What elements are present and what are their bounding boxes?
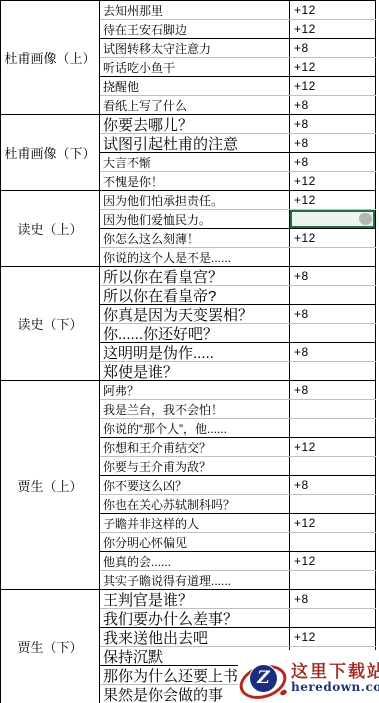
dialogue-option-cell[interactable]: 他真的会...... <box>100 552 290 570</box>
table-row: 看纸上写了什么+8 <box>100 96 376 114</box>
row-group: 去知州那里+12待在王安石脚边+12 <box>100 1 376 39</box>
dialogue-option-cell[interactable]: 这明明是伪作..... <box>100 343 290 361</box>
table-row: 因为他们爱恤民力。 <box>100 210 376 228</box>
row-group: 王判官是谁？+8我们要办什么差事？ <box>100 590 376 628</box>
value-cell[interactable]: +8 <box>290 343 376 361</box>
table-section-3: 读史（上）因为他们怕承担责任。+12因为他们爱恤民力。你怎么这么刻薄！+12你说… <box>1 191 376 267</box>
table-row: 去知州那里+12 <box>100 1 376 20</box>
row-group: 所以你在看皇宫？+8所以你在看皇帝? <box>100 267 376 305</box>
table-row: 你要去哪儿？+8 <box>100 115 376 134</box>
dialogue-option-cell[interactable]: 你想和王介甫结交？ <box>100 438 290 456</box>
value-cell[interactable]: +8 <box>290 267 376 285</box>
dialogue-option-cell[interactable]: 你怎么这么刻薄！ <box>100 229 290 247</box>
value-cell[interactable]: +8 <box>290 476 376 494</box>
table-row: 待在王安石脚边+12 <box>100 20 376 38</box>
table-row: 阿弗？+8 <box>100 381 376 400</box>
dialogue-option-cell[interactable]: 你说的这个人是不是...... <box>100 248 290 266</box>
dialogue-option-cell[interactable]: 子瞻并非这样的人 <box>100 514 290 532</box>
dialogue-option-cell[interactable]: 所以你在看皇帝? <box>100 286 290 304</box>
category-cell[interactable]: 贾生（上） <box>1 381 100 589</box>
table-row: 你说的“那个人”，他...... <box>100 419 376 437</box>
table-row: 你不要这么凶？+8 <box>100 476 376 495</box>
table-row: 试图转移太守注意力+8 <box>100 39 376 58</box>
dialogue-option-cell[interactable]: 去知州那里 <box>100 1 290 19</box>
dialogue-option-cell[interactable]: 听话吃小鱼干 <box>100 58 290 76</box>
value-cell[interactable]: +8 <box>290 134 376 152</box>
dialogue-option-cell[interactable]: 我是兰台，我不会怕！ <box>100 400 290 418</box>
watermark-text: 这里下载站 heredown.com <box>291 659 379 695</box>
dialogue-option-cell[interactable]: 你说的“那个人”，他...... <box>100 419 290 437</box>
dialogue-option-cell[interactable]: 你......你还好吧？ <box>100 324 290 342</box>
section-rows: 所以你在看皇宫？+8所以你在看皇帝?你真是因为天变罢相？+8你......你还好… <box>100 267 376 380</box>
dialogue-option-cell[interactable]: 你要去哪儿？ <box>100 115 290 133</box>
dialogue-option-cell[interactable]: 你真是因为天变罢相？ <box>100 305 290 323</box>
row-group: 阿弗？+8我是兰台，我不会怕！你说的“那个人”，他...... <box>100 381 376 438</box>
value-cell[interactable]: +12 <box>290 58 376 76</box>
table-row: 你说的这个人是不是...... <box>100 248 376 266</box>
dialogue-option-cell[interactable]: 看纸上写了什么 <box>100 96 290 114</box>
dialogue-option-cell[interactable]: 试图引起杜甫的注意 <box>100 134 290 152</box>
spreadsheet-screenshot: 杜甫画像（上）去知州那里+12待在王安石脚边+12试图转移太守注意力+8听话吃小… <box>0 0 379 703</box>
category-cell[interactable]: 读史（下） <box>1 267 100 380</box>
row-group: 你要去哪儿？+8试图引起杜甫的注意+8 <box>100 115 376 153</box>
heredown-watermark: Z 这里下载站 heredown.com <box>238 650 379 703</box>
dialogue-option-cell[interactable]: 阿弗？ <box>100 381 290 399</box>
table-row: 子瞻并非这样的人+12 <box>100 514 376 533</box>
table-row: 所以你在看皇帝? <box>100 286 376 304</box>
value-cell[interactable]: +12 <box>290 20 376 38</box>
row-group: 你想和王介甫结交？+12你要与王介甫为敌？ <box>100 438 376 476</box>
dialogue-option-cell[interactable]: 因为他们怕承担责任。 <box>100 191 290 209</box>
value-cell[interactable]: +8 <box>290 153 376 171</box>
table-row: 你真是因为天变罢相？+8 <box>100 305 376 324</box>
dialogue-option-cell[interactable]: 你不要这么凶？ <box>100 476 290 494</box>
row-group: 因为他们怕承担责任。+12因为他们爱恤民力。 <box>100 191 376 229</box>
dialogue-option-cell[interactable]: 挠醒他 <box>100 77 290 95</box>
value-cell[interactable] <box>290 286 376 304</box>
table-row: 其实子瞻说得有道理...... <box>100 571 376 589</box>
dialogue-option-cell[interactable]: 因为他们爱恤民力。 <box>100 210 290 228</box>
category-cell[interactable]: 杜甫画像（上） <box>1 1 100 114</box>
value-cell[interactable]: +8 <box>290 96 376 114</box>
logo-circle-icon: Z <box>250 665 277 692</box>
table-section-1: 杜甫画像（上）去知州那里+12待在王安石脚边+12试图转移太守注意力+8听话吃小… <box>1 1 376 115</box>
value-cell[interactable] <box>290 400 376 418</box>
value-cell[interactable]: +8 <box>290 305 376 323</box>
table-row: 你也在关心苏轼制科吗？ <box>100 495 376 513</box>
value-cell[interactable]: +12 <box>290 77 376 95</box>
table-row: 听话吃小鱼干+12 <box>100 58 376 76</box>
value-cell[interactable] <box>290 533 376 551</box>
value-cell[interactable]: +8 <box>290 39 376 57</box>
table-row: 试图引起杜甫的注意+8 <box>100 134 376 152</box>
table-section-4: 读史（下）所以你在看皇宫？+8所以你在看皇帝?你真是因为天变罢相？+8你....… <box>1 267 376 381</box>
table-row: 所以你在看皇宫？+8 <box>100 267 376 286</box>
table-row: 郑使是谁？ <box>100 362 376 380</box>
value-cell[interactable]: +12 <box>290 552 376 570</box>
dialogue-option-cell[interactable]: 大言不惭 <box>100 153 290 171</box>
value-cell[interactable]: +12 <box>290 191 376 209</box>
favorability-table: 杜甫画像（上）去知州那里+12待在王安石脚边+12试图转移太守注意力+8听话吃小… <box>0 0 376 703</box>
table-section-5: 贾生（上）阿弗？+8我是兰台，我不会怕！你说的“那个人”，他......你想和王… <box>1 381 376 590</box>
heredown-logo-icon: Z <box>238 650 291 703</box>
table-row: 你怎么这么刻薄！+12 <box>100 229 376 248</box>
dialogue-option-cell[interactable]: 其实子瞻说得有道理...... <box>100 571 290 589</box>
dialogue-option-cell[interactable]: 你要与王介甫为敌？ <box>100 457 290 475</box>
row-group: 子瞻并非这样的人+12你分明心怀偏见 <box>100 514 376 552</box>
row-group: 他真的会......+12其实子瞻说得有道理...... <box>100 552 376 589</box>
value-cell[interactable]: +12 <box>290 1 376 19</box>
row-group: 试图转移太守注意力+8听话吃小鱼干+12 <box>100 39 376 77</box>
image-placeholder-icon <box>359 213 372 225</box>
dialogue-option-cell[interactable]: 我来送他出去吧 <box>100 628 290 646</box>
category-cell[interactable]: 贾生（下） <box>1 590 100 703</box>
section-rows: 阿弗？+8我是兰台，我不会怕！你说的“那个人”，他......你想和王介甫结交？… <box>100 381 376 589</box>
logo-letter: Z <box>257 670 269 687</box>
table-row: 王判官是谁？+8 <box>100 590 376 609</box>
value-cell[interactable]: +12 <box>290 172 376 190</box>
value-cell[interactable] <box>290 495 376 513</box>
dialogue-option-cell[interactable]: 王判官是谁？ <box>100 590 290 608</box>
value-cell[interactable]: +8 <box>290 115 376 133</box>
category-cell[interactable]: 读史（上） <box>1 191 100 266</box>
value-cell[interactable] <box>290 457 376 475</box>
dialogue-option-cell[interactable]: 所以你在看皇宫？ <box>100 267 290 285</box>
table-row: 我来送他出去吧+12 <box>100 628 376 647</box>
row-group: 你不要这么凶？+8你也在关心苏轼制科吗？ <box>100 476 376 514</box>
value-cell[interactable]: +8 <box>290 590 376 608</box>
watermark-domain: heredown.com <box>291 681 379 694</box>
value-cell[interactable]: +12 <box>290 438 376 456</box>
section-rows: 去知州那里+12待在王安石脚边+12试图转移太守注意力+8听话吃小鱼干+12挠醒… <box>100 1 376 114</box>
watermark-site-name: 这里下载站 <box>291 663 379 682</box>
row-group: 挠醒他+12看纸上写了什么+8 <box>100 77 376 114</box>
table-row: 我是兰台，我不会怕！ <box>100 400 376 419</box>
table-row: 你要与王介甫为敌？ <box>100 457 376 475</box>
table-row: 我们要办什么差事？ <box>100 609 376 627</box>
table-row: 因为他们怕承担责任。+12 <box>100 191 376 210</box>
row-group: 这明明是伪作.....+8郑使是谁？ <box>100 343 376 380</box>
table-row: 不愧是你！+12 <box>100 172 376 190</box>
dialogue-option-cell[interactable]: 我们要办什么差事？ <box>100 609 290 627</box>
value-cell[interactable] <box>290 419 376 437</box>
dialogue-option-cell[interactable]: 你分明心怀偏见 <box>100 533 290 551</box>
value-cell[interactable] <box>290 248 376 266</box>
section-rows: 你要去哪儿？+8试图引起杜甫的注意+8大言不惭+8不愧是你！+12 <box>100 115 376 190</box>
section-rows: 因为他们怕承担责任。+12因为他们爱恤民力。你怎么这么刻薄！+12你说的这个人是… <box>100 191 376 266</box>
dialogue-option-cell[interactable]: 待在王安石脚边 <box>100 20 290 38</box>
value-cell[interactable] <box>290 571 376 589</box>
dialogue-option-cell[interactable]: 试图转移太守注意力 <box>100 39 290 57</box>
dialogue-option-cell[interactable]: 你也在关心苏轼制科吗？ <box>100 495 290 513</box>
selected-value-cell[interactable] <box>290 210 376 228</box>
dialogue-option-cell[interactable]: 郑使是谁？ <box>100 362 290 380</box>
table-row: 这明明是伪作.....+8 <box>100 343 376 362</box>
dialogue-option-cell[interactable]: 不愧是你！ <box>100 172 290 190</box>
category-cell[interactable]: 杜甫画像（下） <box>1 115 100 190</box>
value-cell[interactable]: +12 <box>290 628 376 646</box>
table-section-2: 杜甫画像（下）你要去哪儿？+8试图引起杜甫的注意+8大言不惭+8不愧是你！+12 <box>1 115 376 191</box>
row-group: 你怎么这么刻薄！+12你说的这个人是不是...... <box>100 229 376 266</box>
row-group: 你真是因为天变罢相？+8你......你还好吧？ <box>100 305 376 343</box>
table-row: 你......你还好吧？ <box>100 324 376 342</box>
value-cell[interactable]: +8 <box>290 381 376 399</box>
value-cell[interactable]: +12 <box>290 229 376 247</box>
value-cell[interactable] <box>290 362 376 380</box>
value-cell[interactable] <box>290 324 376 342</box>
value-cell[interactable] <box>290 609 376 627</box>
table-row: 你想和王介甫结交？+12 <box>100 438 376 457</box>
table-row: 大言不惭+8 <box>100 153 376 172</box>
value-cell[interactable]: +12 <box>290 514 376 532</box>
row-group: 大言不惭+8不愧是你！+12 <box>100 153 376 190</box>
table-row: 挠醒他+12 <box>100 77 376 96</box>
table-row: 你分明心怀偏见 <box>100 533 376 551</box>
table-row: 他真的会......+12 <box>100 552 376 571</box>
